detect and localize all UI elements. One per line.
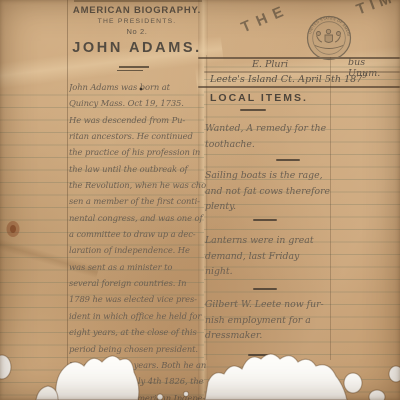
local-item-3: Lanterns were in great demand, last Frid… [205, 233, 329, 280]
item-separator-dash [253, 219, 277, 221]
torn-speck-right-1 [344, 373, 362, 393]
article-line: a committee to draw up a dec- [69, 226, 206, 242]
torn-speck-left-edge [0, 355, 11, 379]
dateline: Leete's Island Ct. April 5th 1879 [210, 72, 367, 85]
left-margin-rule [67, 0, 68, 400]
motto-left: E. Pluri [252, 59, 288, 70]
article-line: He served four years. Both he and [69, 357, 206, 373]
series-header: AMERICAN BIOGRAPHY. THE PRESIDENTS. No 2… [70, 5, 204, 56]
article-body: John Adams was born at Quincy Mass. Oct … [69, 79, 206, 400]
title-double-underline-top [119, 66, 149, 68]
article-line: 1789 he was elected vice pres- [69, 291, 206, 307]
page-top-edge-smudge [74, 0, 202, 2]
rust-stain-core [10, 225, 16, 233]
local-item-line: toothache. [205, 137, 329, 153]
ruled-lines-right [204, 55, 400, 400]
article-title: JOHN ADAMS. [70, 40, 204, 56]
dateline-underline-rule [198, 86, 400, 88]
torn-speck-right-2 [389, 366, 400, 382]
article-line: laration of independence. He [69, 242, 206, 258]
scanned-manuscript-page: THE TIM UNITED STATES OF AMERICA E. Plur… [0, 0, 400, 400]
article-line: the law until the outbreak of [69, 161, 206, 177]
article-line: Jefferson died July 4th 1826, the [69, 373, 206, 389]
article-line: Quincy Mass. Oct 19, 1735. [69, 95, 206, 111]
local-item-2: Sailing boats is the rage, and not fat c… [205, 168, 329, 215]
article-line: nental congress, and was one of [69, 210, 206, 226]
article-line: period being chosen president. [69, 341, 206, 357]
series-subtitle: THE PRESIDENTS. [70, 18, 204, 25]
title-double-underline-bottom [117, 70, 143, 72]
local-item-line: night. [205, 264, 329, 280]
rust-stain [7, 221, 20, 237]
torn-patch-small-left [36, 386, 58, 400]
local-item-line: Sailing boats is the rage, [205, 168, 329, 184]
local-item-line: nish employment for a [205, 313, 329, 329]
torn-patch-bottom-center [205, 354, 347, 400]
masthead-word-the: THE [239, 1, 293, 37]
article-line: the Revolution, when he was cho- [69, 177, 206, 193]
local-items-heading: LOCAL ITEMS. [210, 92, 308, 104]
article-line: eight years, at the close of this [69, 324, 206, 340]
masthead-word-times-cut: TIM [354, 0, 398, 18]
item-separator-dash [253, 288, 277, 290]
torn-speck-right-3 [369, 390, 385, 400]
series-number: No 2. [70, 27, 204, 36]
local-item-line: Gilbert W. Leete now fur- [205, 297, 329, 313]
right-column-rule [330, 57, 331, 360]
article-line: anniversary of American Indepe- [69, 390, 206, 400]
heading-underline-dash [240, 109, 266, 111]
local-item-line: dressmaker. [205, 328, 329, 344]
dateline-year-digit: 9 [362, 72, 366, 80]
article-line: sen a member of the first conti- [69, 193, 206, 209]
article-line: the practice of his profession in [69, 144, 206, 160]
local-item-line: Lanterns were in great [205, 233, 329, 249]
local-item-4: Gilbert W. Leete now fur- nish employmen… [205, 297, 329, 344]
local-item-line: Wanted, A remedy for the [205, 121, 329, 137]
local-item-1: Wanted, A remedy for the toothache. [205, 121, 329, 152]
article-line: He was descended from Pu- [69, 112, 206, 128]
local-item-line: demand, last Friday [205, 249, 329, 265]
article-line: ritan ancestors. He continued [69, 128, 206, 144]
dateline-text: Leete's Island Ct. April 5th 187 [210, 74, 362, 85]
series-title: AMERICAN BIOGRAPHY. [70, 5, 204, 16]
article-line: ident in which office he held for [69, 308, 206, 324]
article-line: John Adams was born at [69, 79, 206, 95]
item-separator-dash [276, 159, 300, 161]
local-item-line: and not fat cows therefore [205, 184, 329, 200]
local-item-line: plenty. [205, 199, 329, 215]
item-separator-dash [248, 354, 272, 356]
article-line: was sent as a minister to [69, 259, 206, 275]
article-line: several foreign countries. In [69, 275, 206, 291]
